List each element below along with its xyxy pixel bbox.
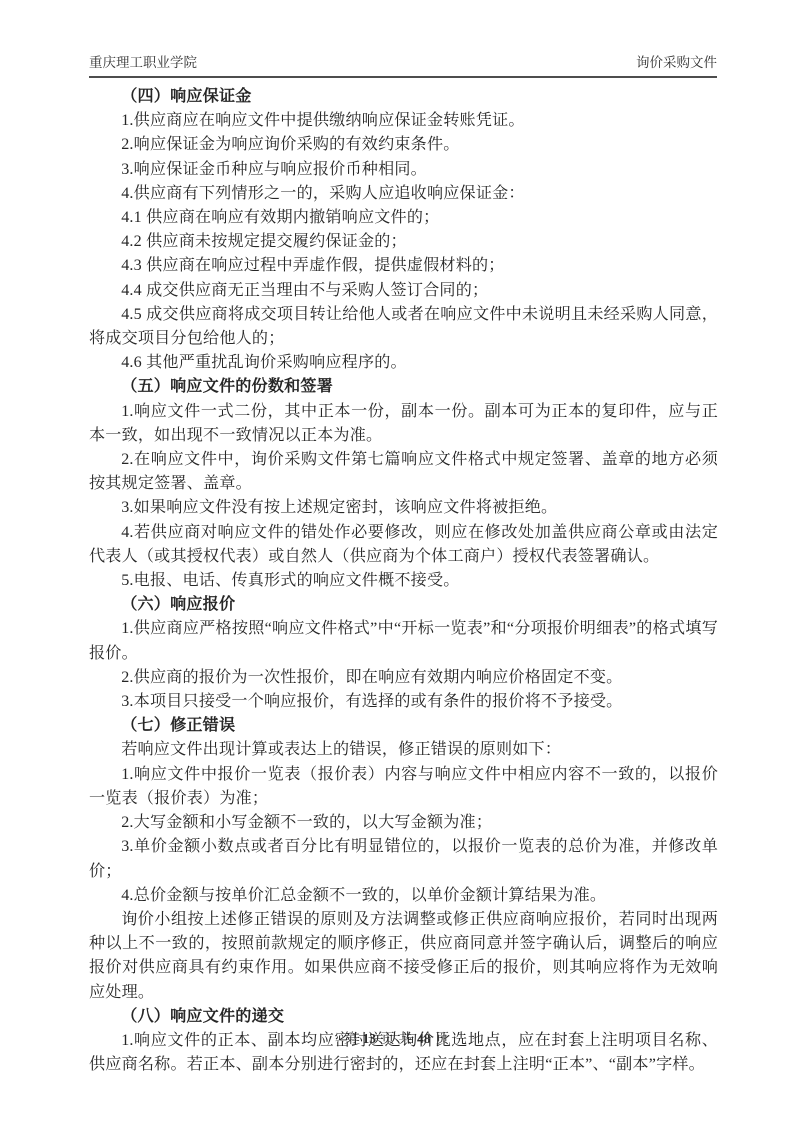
- section-heading: （六）响应报价: [89, 593, 718, 617]
- paragraph: 4.1 供应商在响应有效期内撤销响应文件的；: [89, 206, 718, 230]
- paragraph: 若响应文件出现计算或表达上的错误，修正错误的原则如下：: [89, 738, 718, 762]
- paragraph: 3.如果响应文件没有按上述规定密封，该响应文件将被拒绝。: [89, 496, 718, 520]
- footer-label-ye1: 页: [379, 1031, 397, 1046]
- paragraph: 4.总价金额与按单价汇总金额不一致的，以单价金额计算结果为准。: [89, 884, 718, 908]
- paragraph: 1.响应文件一式二份，其中正本一份，副本一份。副本可为正本的复印件，应与正本一致…: [89, 400, 718, 448]
- paragraph: 5.电报、电话、传真形式的响应文件概不接受。: [89, 569, 718, 593]
- page-number: 13: [360, 1031, 380, 1046]
- paragraph: 4.供应商有下列情形之一的，采购人应追收响应保证金：: [89, 182, 718, 206]
- paragraph: 3.单价金额小数点或者百分比有明显错位的，以报价一览表的总价为准，并修改单价；: [89, 835, 718, 883]
- paragraph: 4.2 供应商未按规定提交履约保证金的；: [89, 230, 718, 254]
- paragraph: 2.在响应文件中，询价采购文件第七篇响应文件格式中规定签署、盖章的地方必须按其规…: [89, 448, 718, 496]
- header-left-text: 重庆理工职业学院: [89, 54, 197, 72]
- paragraph: 4.4 成交供应商无正当理由不与采购人签订合同的；: [89, 279, 718, 303]
- paragraph: 3.本项目只接受一个响应报价，有选择的或有条件的报价将不予接受。: [89, 690, 718, 714]
- paragraph: 1.响应文件中报价一览表（报价表）内容与响应文件中相应内容不一致的，以报价一览表…: [89, 763, 718, 811]
- page-header: 重庆理工职业学院 询价采购文件: [89, 54, 717, 78]
- page-footer: 第13页共48页: [0, 1030, 793, 1048]
- footer-label-ye2: 页: [434, 1031, 452, 1046]
- paragraph: 2.供应商的报价为一次性报价，即在响应有效期内响应价格固定不变。: [89, 666, 718, 690]
- paragraph: 2.响应保证金为响应询价采购的有效约束条件。: [89, 133, 718, 157]
- section-heading: （四）响应保证金: [89, 85, 718, 109]
- paragraph: 1.供应商应在响应文件中提供缴纳响应保证金转账凭证。: [89, 109, 718, 133]
- paragraph: 4.6 其他严重扰乱询价采购响应程序的。: [89, 351, 718, 375]
- header-right-text: 询价采购文件: [636, 54, 717, 72]
- paragraph: 询价小组按上述修正错误的原则及方法调整或修正供应商响应报价，若同时出现两种以上不…: [89, 908, 718, 1005]
- paragraph: 3.响应保证金币种应与响应报价币种相同。: [89, 158, 718, 182]
- total-pages: 48: [414, 1031, 434, 1046]
- section-heading: （五）响应文件的份数和签署: [89, 375, 718, 399]
- paragraph: 2.大写金额和小写金额不一致的，以大写金额为准；: [89, 811, 718, 835]
- footer-label-gong: 共: [397, 1031, 415, 1046]
- section-heading: （八）响应文件的递交: [89, 1005, 718, 1029]
- footer-label-di: 第: [342, 1031, 360, 1046]
- paragraph: 1.供应商应严格按照“响应文件格式”中“开标一览表”和“分项报价明细表”的格式填…: [89, 617, 718, 665]
- document-page: 重庆理工职业学院 询价采购文件 （四）响应保证金1.供应商应在响应文件中提供缴纳…: [0, 0, 793, 1122]
- paragraph: 4.3 供应商在响应过程中弄虚作假，提供虚假材料的；: [89, 254, 718, 278]
- paragraph: 4.5 成交供应商将成交项目转让给他人或者在响应文件中未说明且未经采购人同意，将…: [89, 303, 718, 351]
- paragraph: 4.若供应商对响应文件的错处作必要修改，则应在修改处加盖供应商公章或由法定代表人…: [89, 521, 718, 569]
- section-heading: （七）修正错误: [89, 714, 718, 738]
- document-body: （四）响应保证金1.供应商应在响应文件中提供缴纳响应保证金转账凭证。2.响应保证…: [89, 85, 718, 1077]
